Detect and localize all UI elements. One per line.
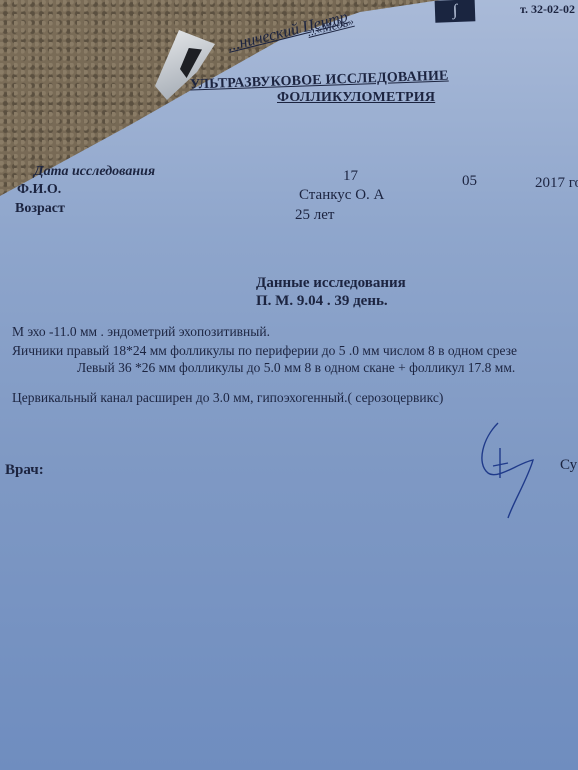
name-label: Ф.И.О. [17,182,61,198]
cycle-info: П. М. 9.04 . 39 день. [256,293,388,310]
finding-cervix: Цервикальный канал расширен до 3.0 мм, г… [12,390,443,406]
clinic-phone: т. 32-02-02 [520,2,575,17]
finding-left-ovary: Левый 36 *26 мм фолликулы до 5.0 мм 8 в … [77,360,515,376]
document-subtitle: ФОЛЛИКУЛОМЕТРИЯ [277,90,435,106]
doctor-label: Врач: [5,462,44,479]
date-label: Дата исследования [34,164,155,180]
date-month: 05 [462,173,477,190]
date-year: 2017 го [535,175,578,192]
doctor-name-partial: Су [560,457,577,474]
snake-bowl-logo-icon: ∫ [435,0,476,23]
patient-age: 25 лет [295,207,334,224]
age-label: Возраст [15,201,65,217]
finding-right-ovary: Яичники правый 18*24 мм фолликулы по пер… [12,343,517,359]
date-day: 17 [343,168,358,185]
patient-name: Станкус О. А [299,187,384,204]
finding-endometrium: М эхо -11.0 мм . эндометрий эхопозитивны… [12,324,270,340]
study-heading: Данные исследования [256,275,406,292]
signature-icon [478,418,548,523]
